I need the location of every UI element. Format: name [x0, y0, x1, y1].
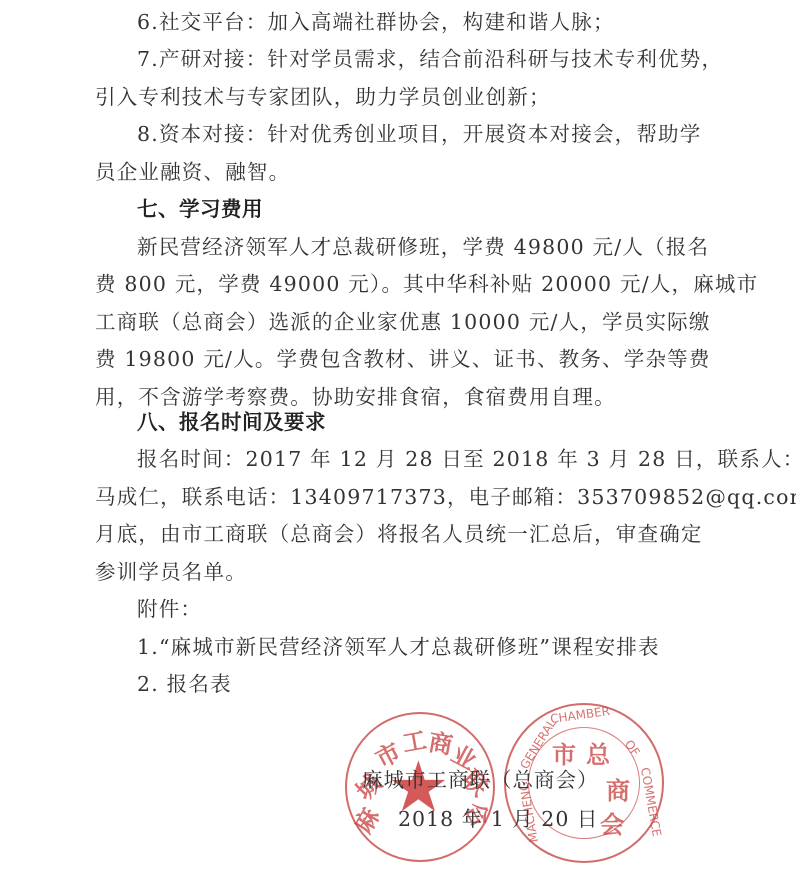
list-item-research-docking-cont: 引入专利技术与专家团队，助力学员创业创新；: [95, 85, 685, 109]
list-item-capital-docking-cont: 员企业融资、融智。: [95, 160, 685, 184]
section-heading-registration: 八、报名时间及要求: [137, 410, 727, 434]
fees-paragraph-line-3: 工商联（总商会）选派的企业家优惠 10000 元/人，学员实际缴: [95, 310, 685, 334]
fees-paragraph-line-1: 新民营经济领军人才总裁研修班，学费 49800 元/人（报名: [137, 235, 727, 259]
registration-line-1: 报名时间：2017 年 12 月 28 日至 2018 年 3 月 28 日，联…: [137, 447, 727, 471]
attachments-label: 附件：: [137, 597, 727, 621]
registration-line-2: 马成仁，联系电话：13409717373，电子邮箱：353709852@qq.c…: [95, 485, 685, 509]
document-page: 6.社交平台：加入高端社群协会，构建和谐人脉； 7.产研对接：针对学员需求，结合…: [0, 0, 796, 881]
stamp-char: 会: [600, 805, 624, 840]
stamp-char: 麻: [344, 800, 386, 838]
fees-paragraph-line-5: 用，不含游学考察费。协助安排食宿，食宿费用自理。: [95, 385, 685, 409]
stamp-char: 工: [399, 720, 429, 759]
fees-paragraph-line-4: 费 19800 元/人。学费包含教材、讲义、证书、教务、学杂等费: [95, 347, 685, 371]
list-item-capital-docking: 8.资本对接：针对优秀创业项目，开展资本对接会，帮助学: [137, 122, 727, 146]
list-item-social-platform: 6.社交平台：加入高端社群协会，构建和谐人脉；: [137, 10, 727, 34]
stamp-char: 商: [606, 771, 630, 806]
registration-line-4: 参训学员名单。: [95, 560, 685, 584]
stamp-english-text: COMMERCE: [638, 766, 664, 837]
attachment-item-1: 1.“麻城市新民营经济领军人才总裁研修班”课程安排表: [137, 635, 727, 659]
section-heading-fees: 七、学习费用: [137, 197, 727, 221]
fees-paragraph-line-2: 费 800 元，学费 49000 元）。其中华科补贴 20000 元/人，麻城市: [95, 272, 685, 296]
attachment-item-2: 2. 报名表: [137, 672, 727, 696]
registration-line-3: 月底，由市工商联（总商会）将报名人员统一汇总后，审查确定: [95, 522, 685, 546]
list-item-research-docking: 7.产研对接：针对学员需求，结合前沿科研与技术专利优势，: [137, 47, 727, 71]
stamp-char: 市: [552, 735, 576, 770]
stamp-char: 总: [586, 735, 610, 770]
signature-date: 2018 年 1 月 20 日: [398, 807, 598, 831]
signature-organization: 麻城市工商联（总商会）: [362, 768, 599, 792]
